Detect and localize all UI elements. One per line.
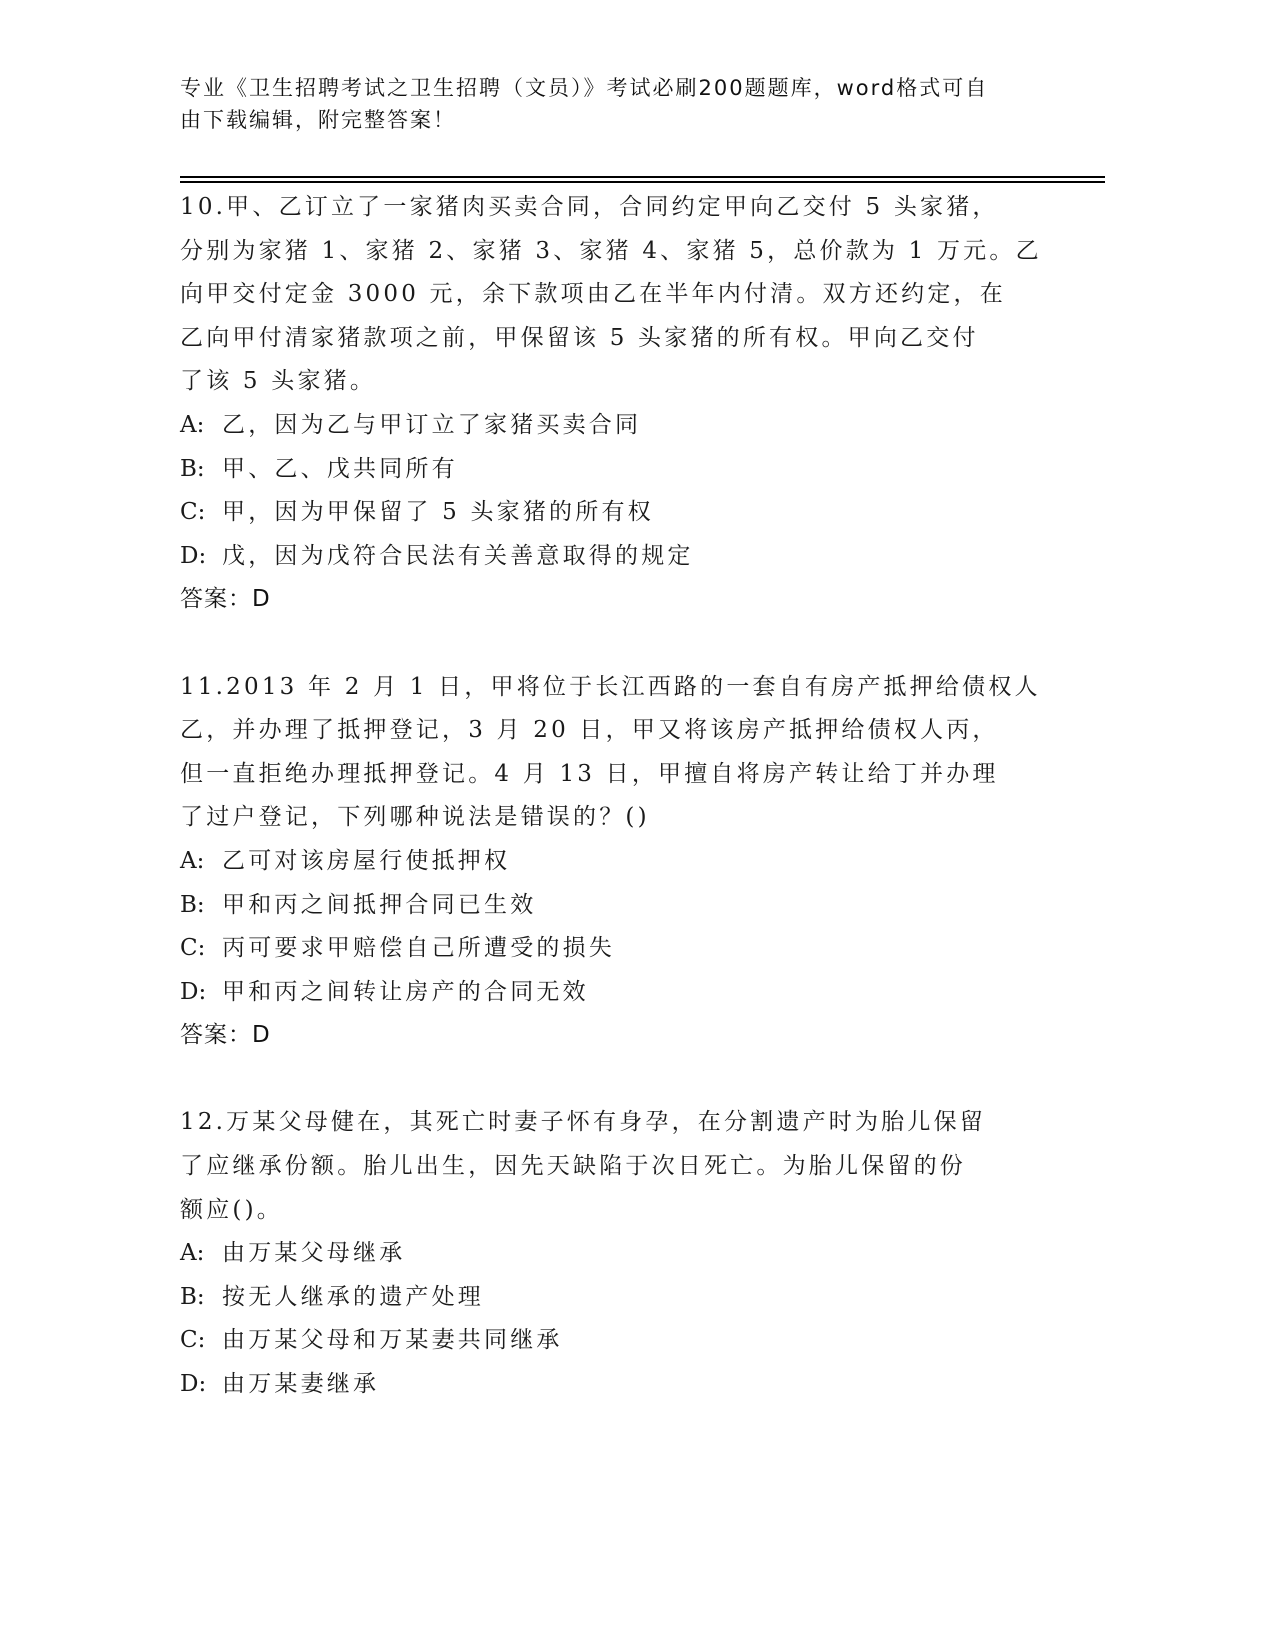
spacer — [180, 1058, 1050, 1102]
question-text-line: 向甲交付定金 3000 元，余下款项由乙在半年内付清。双方还约定，在 — [180, 273, 1050, 317]
option-letter: A: — [180, 404, 222, 448]
option-b: B:按无人继承的遗产处理 — [180, 1276, 1050, 1320]
option-text: 丙可要求甲赔偿自己所遭受的损失 — [222, 935, 615, 961]
option-c: C:由万某父母和万某妻共同继承 — [180, 1319, 1050, 1363]
option-text: 乙可对该房屋行使抵押权 — [222, 848, 510, 874]
option-letter: D: — [180, 1363, 222, 1407]
option-text: 按无人继承的遗产处理 — [222, 1284, 484, 1310]
option-text: 由万某父母和万某妻共同继承 — [222, 1327, 563, 1353]
option-text: 由万某妻继承 — [222, 1371, 379, 1397]
question-text-line: 12.万某父母健在，其死亡时妻子怀有身孕，在分割遗产时为胎儿保留 — [180, 1101, 1050, 1145]
option-a: A:乙，因为乙与甲订立了家猪买卖合同 — [180, 404, 1050, 448]
question-12: 12.万某父母健在，其死亡时妻子怀有身孕，在分割遗产时为胎儿保留 了应继承份额。… — [180, 1101, 1050, 1406]
option-d: D:戊，因为戊符合民法有关善意取得的规定 — [180, 535, 1050, 579]
option-text: 甲，因为甲保留了 5 头家猪的所有权 — [222, 499, 654, 525]
header-divider-bottom — [180, 181, 1105, 183]
option-letter: A: — [180, 840, 222, 884]
header-line-2: 由下载编辑，附完整答案！ — [180, 104, 1060, 136]
header-divider-top — [180, 176, 1105, 178]
question-text-line: 了该 5 头家猪。 — [180, 360, 1050, 404]
question-text-line: 乙向甲付清家猪款项之前，甲保留该 5 头家猪的所有权。甲向乙交付 — [180, 317, 1050, 361]
option-text: 甲和丙之间转让房产的合同无效 — [222, 979, 589, 1005]
option-c: C:丙可要求甲赔偿自己所遭受的损失 — [180, 927, 1050, 971]
option-c: C:甲，因为甲保留了 5 头家猪的所有权 — [180, 491, 1050, 535]
option-text: 甲、乙、戊共同所有 — [222, 456, 458, 482]
question-text-line: 但一直拒绝办理抵押登记。4 月 13 日，甲擅自将房产转让给丁并办理 — [180, 753, 1050, 797]
document-page: 专业《卫生招聘考试之卫生招聘（文员）》考试必刷200题题库，word格式可自 由… — [0, 0, 1275, 1650]
option-d: D:由万某妻继承 — [180, 1363, 1050, 1407]
answer-label: 答案：D — [180, 1014, 1050, 1058]
question-11: 11.2013 年 2 月 1 日，甲将位于长江西路的一套自有房产抵押给债权人 … — [180, 666, 1050, 1058]
option-a: A:乙可对该房屋行使抵押权 — [180, 840, 1050, 884]
question-text-line: 10.甲、乙订立了一家猪肉买卖合同，合同约定甲向乙交付 5 头家猪， — [180, 186, 1050, 230]
question-text-line: 乙，并办理了抵押登记，3 月 20 日，甲又将该房产抵押给债权人丙， — [180, 709, 1050, 753]
question-text-line: 额应()。 — [180, 1189, 1050, 1233]
option-d: D:甲和丙之间转让房产的合同无效 — [180, 971, 1050, 1015]
option-letter: B: — [180, 1276, 222, 1320]
option-letter: D: — [180, 971, 222, 1015]
question-10: 10.甲、乙订立了一家猪肉买卖合同，合同约定甲向乙交付 5 头家猪， 分别为家猪… — [180, 186, 1050, 622]
option-letter: C: — [180, 491, 222, 535]
option-text: 甲和丙之间抵押合同已生效 — [222, 892, 536, 918]
option-text: 戊，因为戊符合民法有关善意取得的规定 — [222, 543, 694, 569]
option-a: A:由万某父母继承 — [180, 1232, 1050, 1276]
option-text: 由万某父母继承 — [222, 1240, 405, 1266]
option-text: 乙，因为乙与甲订立了家猪买卖合同 — [222, 412, 641, 438]
option-letter: C: — [180, 1319, 222, 1363]
answer-label: 答案：D — [180, 578, 1050, 622]
option-letter: B: — [180, 884, 222, 928]
spacer — [180, 622, 1050, 666]
header-line-1: 专业《卫生招聘考试之卫生招聘（文员）》考试必刷200题题库，word格式可自 — [180, 72, 1060, 104]
option-letter: C: — [180, 927, 222, 971]
option-b: B:甲、乙、戊共同所有 — [180, 448, 1050, 492]
option-b: B:甲和丙之间抵押合同已生效 — [180, 884, 1050, 928]
option-letter: B: — [180, 448, 222, 492]
option-letter: A: — [180, 1232, 222, 1276]
question-text-line: 了过户登记，下列哪种说法是错误的？() — [180, 796, 1050, 840]
document-header: 专业《卫生招聘考试之卫生招聘（文员）》考试必刷200题题库，word格式可自 由… — [180, 72, 1060, 136]
question-text-line: 分别为家猪 1、家猪 2、家猪 3、家猪 4、家猪 5，总价款为 1 万元。乙 — [180, 230, 1050, 274]
question-text-line: 11.2013 年 2 月 1 日，甲将位于长江西路的一套自有房产抵押给债权人 — [180, 666, 1050, 710]
question-text-line: 了应继承份额。胎儿出生，因先天缺陷于次日死亡。为胎儿保留的份 — [180, 1145, 1050, 1189]
questions-list: 10.甲、乙订立了一家猪肉买卖合同，合同约定甲向乙交付 5 头家猪， 分别为家猪… — [180, 186, 1050, 1407]
option-letter: D: — [180, 535, 222, 579]
